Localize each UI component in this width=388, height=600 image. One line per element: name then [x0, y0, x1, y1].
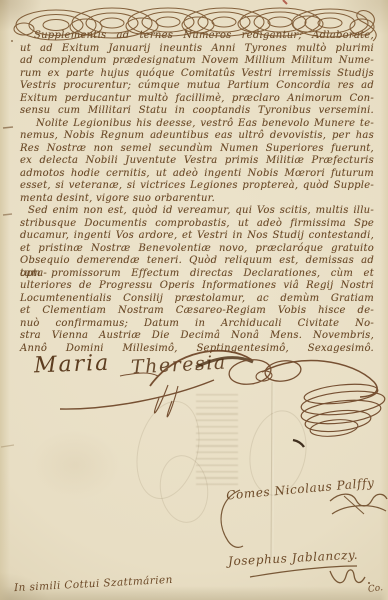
manuscript-line: Res Nostræ non semel secundùm Numen Supe…: [20, 143, 374, 156]
countersignature-palffy: Comes Nicolaus Palffy: [226, 476, 375, 503]
manuscript-line: nuò confirmamus; Datum in Archiducali Ci…: [20, 318, 374, 331]
manuscript-line: esset, si veteranæ, si victrices Legione…: [20, 180, 374, 193]
manuscript-line: Sed enim non est, quòd id vereamur, qui …: [20, 205, 374, 218]
bleedthrough-ghost-text: [196, 394, 238, 486]
ink-blot: [293, 440, 304, 447]
manuscript-line: ad complendum prædesignatum Novem Milliu…: [20, 55, 374, 68]
margin-dash: [3, 127, 13, 128]
manuscript-line: sensu cum Millitari Statu in cooptandis …: [20, 105, 374, 118]
margin-dash: [3, 214, 12, 215]
manuscript-page: Supplementis ad ternes Numeros redigantu…: [0, 0, 388, 600]
manuscript-line: ducamur, ingenti Vos ardore, et Vestri i…: [20, 230, 374, 243]
margin-dash: [1, 445, 14, 447]
ink-dot: [11, 40, 13, 42]
manuscript-line: menta desint, vigore suo orbarentur.: [20, 193, 374, 206]
docket-note: In simili Cottui Szattmárien: [14, 574, 173, 594]
manuscript-line: Locumtenentialis Consilij præstolamur, a…: [20, 293, 374, 306]
manuscript-line: nemus, Nobis Regnum adeuntibus eas ultrô…: [20, 130, 374, 143]
manuscript-line: Vestris procurentur; cúmque mutua Partiu…: [20, 80, 374, 93]
manuscript-line: et Clementiam Nostram Cæsareo-Regiam Vob…: [20, 305, 374, 318]
manuscript-line: ut ad Exitum Januarij ineuntis Anni Tyro…: [20, 43, 374, 56]
red-edge-mark: [283, 0, 287, 4]
manuscript-line: Obsequio demerendæ teneri. Quòd reliquum…: [20, 255, 374, 268]
manuscript-line: stra Vienna Austriæ Die Decimâ Nonâ Mens…: [20, 330, 374, 343]
manuscript-line: tum promissorum Effectum directas Declar…: [20, 268, 374, 281]
manuscript-line: admotos hodie cernitis, ut adeò ingenti …: [20, 168, 374, 181]
corner-text-fragment: Co.: [367, 583, 383, 595]
paper-stain: [30, 430, 120, 500]
manuscript-line: et pristinæ Nostræ Benevolentiæ novo, pr…: [20, 243, 374, 256]
royal-signature: Maria Theresia: [34, 352, 227, 377]
manuscript-line: Supplementis ad ternes Numeros redigantu…: [20, 30, 374, 43]
manuscript-line: rum ex parte hujus quóque Comitatûs Vest…: [20, 68, 374, 81]
manuscript-line: stribusque Documentis comprobastis, ut a…: [20, 218, 374, 231]
manuscript-line: Exitum perducantur multò facillimè, præc…: [20, 93, 374, 106]
manuscript-line: ex delecta Nobili Juventute Vestra primi…: [20, 155, 374, 168]
royal-signature-second-name: Theresia: [131, 352, 228, 379]
royal-signature-first-name: Maria: [34, 351, 111, 379]
manuscript-line: Nolite Legionibus his deesse, vestrô Eas…: [20, 118, 374, 131]
jablanczy-paraph: [250, 566, 370, 584]
manuscript-line: ulteriores de Progressu Operis Informati…: [20, 280, 374, 293]
countersignature-jablanczy: Josephus Jablanczy.: [228, 548, 359, 569]
fold-crease: [271, 382, 274, 558]
letter-body: Supplementis ad ternes Numeros redigantu…: [20, 30, 374, 355]
